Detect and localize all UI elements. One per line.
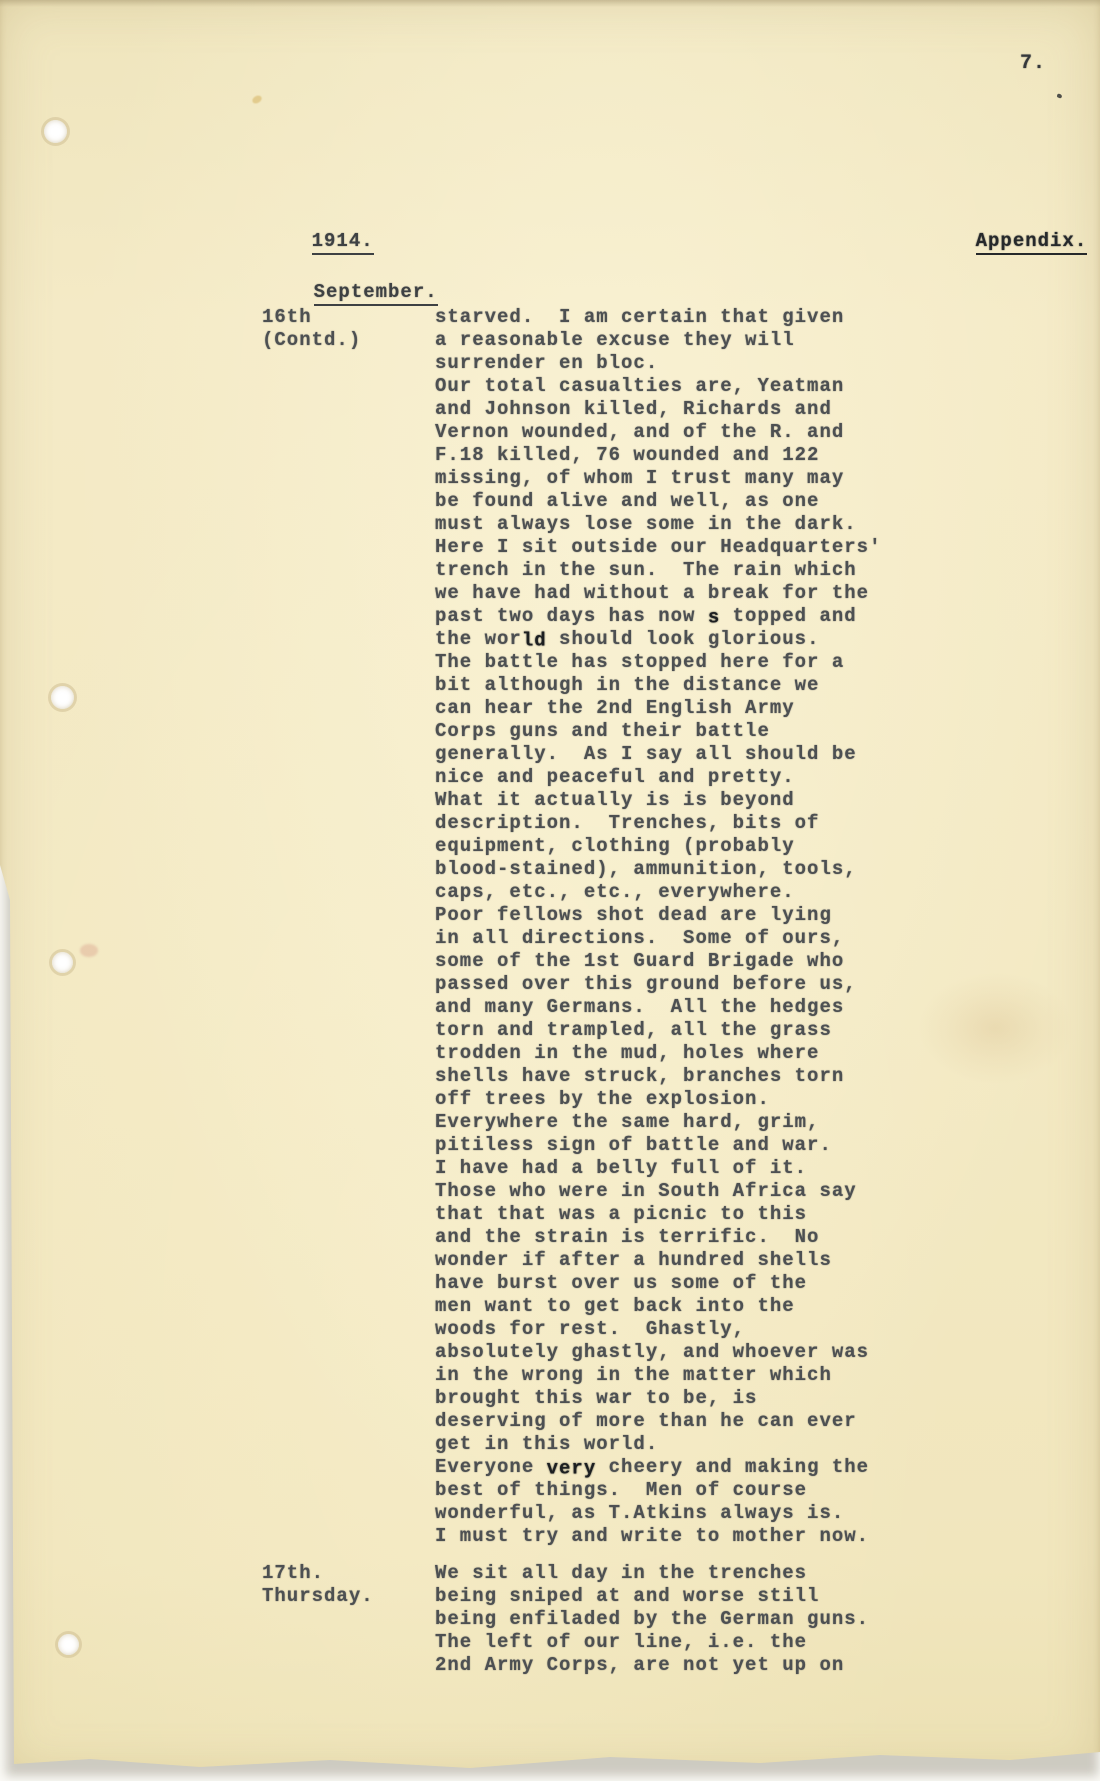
entry-text-line: surrender en bloc. [435,352,1100,375]
entry-text-line: Everywhere the same hard, grim, [435,1111,1100,1134]
overtyped-text: s [708,607,720,630]
entry-date-line: 17th. [262,1562,374,1585]
entry-text-line: can hear the 2nd English Army [435,697,1100,720]
appendix-heading: Appendix. [926,208,1087,277]
entry-text-line: get in this world. [435,1433,1100,1456]
entry-text-line: Here I sit outside our Headquarters' [435,536,1100,559]
entry-date: 17th.Thursday. [262,1562,374,1608]
entry-text-line: we have had without a break for the [435,582,1100,605]
entry-text-line: The left of our line, i.e. the [435,1631,1100,1654]
entry-text-line: description. Trenches, bits of [435,812,1100,835]
entry-text-line: men want to get back into the [435,1295,1100,1318]
entry-text-line: wonder if after a hundred shells [435,1249,1100,1272]
entry-text-line: equipment, clothing (probably [435,835,1100,858]
entry-text-line: some of the 1st Guard Brigade who [435,950,1100,973]
entry-text-line: a reasonable excuse they will [435,329,1100,352]
entry-text-line: What it actually is is beyond [435,789,1100,812]
overtyped-text: very [547,1458,597,1481]
entry-text-line: starved. I am certain that given [435,306,1100,329]
entry-text-line: Poor fellows shot dead are lying [435,904,1100,927]
month-heading-text: September. [314,281,438,306]
entry-body: We sit all day in the trenchesbeing snip… [435,1562,1100,1677]
paper-stain [80,944,98,957]
punch-hole [52,952,73,973]
ink-speck [1056,93,1062,98]
page-number: 7. [1020,52,1046,75]
entry-date-line: (Contd.) [262,329,361,352]
paper-top-edge [0,0,1100,7]
entry-text-line: being enfiladed by the German guns. [435,1608,1100,1631]
entry-text-line: wonderful, as T.Atkins always is. [435,1502,1100,1525]
entry-text-line: blood-stained), ammunition, tools, [435,858,1100,881]
entry-text-line: best of things. Men of course [435,1479,1100,1502]
entry-text-line: woods for rest. Ghastly, [435,1318,1100,1341]
entry-text-line: caps, etc., etc., everywhere. [435,881,1100,904]
diary-entry: 16th(Contd.)starved. I am certain that g… [0,306,1100,1548]
entry-text-line: Corps guns and their battle [435,720,1100,743]
entry-text-line: have burst over us some of the [435,1272,1100,1295]
entry-text-line: in all directions. Some of ours, [435,927,1100,950]
entry-text-line: missing, of whom I trust many may [435,467,1100,490]
entry-text-line: must always lose some in the dark. [435,513,1100,536]
entry-text-line: being sniped at and worse still [435,1585,1100,1608]
entry-text-line: nice and peaceful and pretty. [435,766,1100,789]
entry-text-line: and Johnson killed, Richards and [435,398,1100,421]
entry-text-line: in the wrong in the matter which [435,1364,1100,1387]
entry-text-line: the world should look glorious. [435,628,1100,651]
overtyped-text: ld [522,630,547,653]
entry-text-line: Our total casualties are, Yeatman [435,375,1100,398]
punch-hole [44,120,67,143]
paper-stain [918,972,1073,1084]
punch-hole [58,1634,79,1655]
entry-text-line: We sit all day in the trenches [435,1562,1100,1585]
entry-text-line: The battle has stopped here for a [435,651,1100,674]
scanned-document: { "page": { "page_number": "7.", "headin… [0,0,1100,1781]
entry-text-line: generally. As I say all should be [435,743,1100,766]
paper-stain [251,94,263,105]
entry-text-line: and the strain is terrific. No [435,1226,1100,1249]
entry-date-line: Thursday. [262,1585,374,1608]
appendix-heading-text: Appendix. [976,230,1088,255]
entry-text-line: Those who were in South Africa say [435,1180,1100,1203]
entry-body: starved. I am certain that givena reason… [435,306,1100,1548]
entry-text-line: be found alive and well, as one [435,490,1100,513]
diary-entry: 17th.Thursday.We sit all day in the tren… [0,1562,1100,1677]
entry-text-line: Everyone very cheery and making the [435,1456,1100,1479]
entry-text-line: brought this war to be, is [435,1387,1100,1410]
entry-text-line: bit although in the distance we [435,674,1100,697]
year-heading-text: 1914. [312,230,374,255]
punch-hole [51,686,74,709]
entry-text-line: absolutely ghastly, and whoever was [435,1341,1100,1364]
entry-text-line: pitiless sign of battle and war. [435,1134,1100,1157]
entry-text-line: 2nd Army Corps, are not yet up on [435,1654,1100,1677]
entry-text-line: deserving of more than he can ever [435,1410,1100,1433]
entry-date-line: 16th [262,306,361,329]
entry-text-line: I have had a belly full of it. [435,1157,1100,1180]
entry-text-line: that that was a picnic to this [435,1203,1100,1226]
entry-text-line: past two days has now s topped and [435,605,1100,628]
entry-text-line: F.18 killed, 76 wounded and 122 [435,444,1100,467]
entry-text-line: Vernon wounded, and of the R. and [435,421,1100,444]
document-page: 7. 1914. Appendix. September. 16th(Contd… [0,0,1100,1776]
entry-text-line: off trees by the explosion. [435,1088,1100,1111]
entry-date: 16th(Contd.) [262,306,361,352]
entry-text-line: I must try and write to mother now. [435,1525,1100,1548]
entry-text-line: trench in the sun. The rain which [435,559,1100,582]
